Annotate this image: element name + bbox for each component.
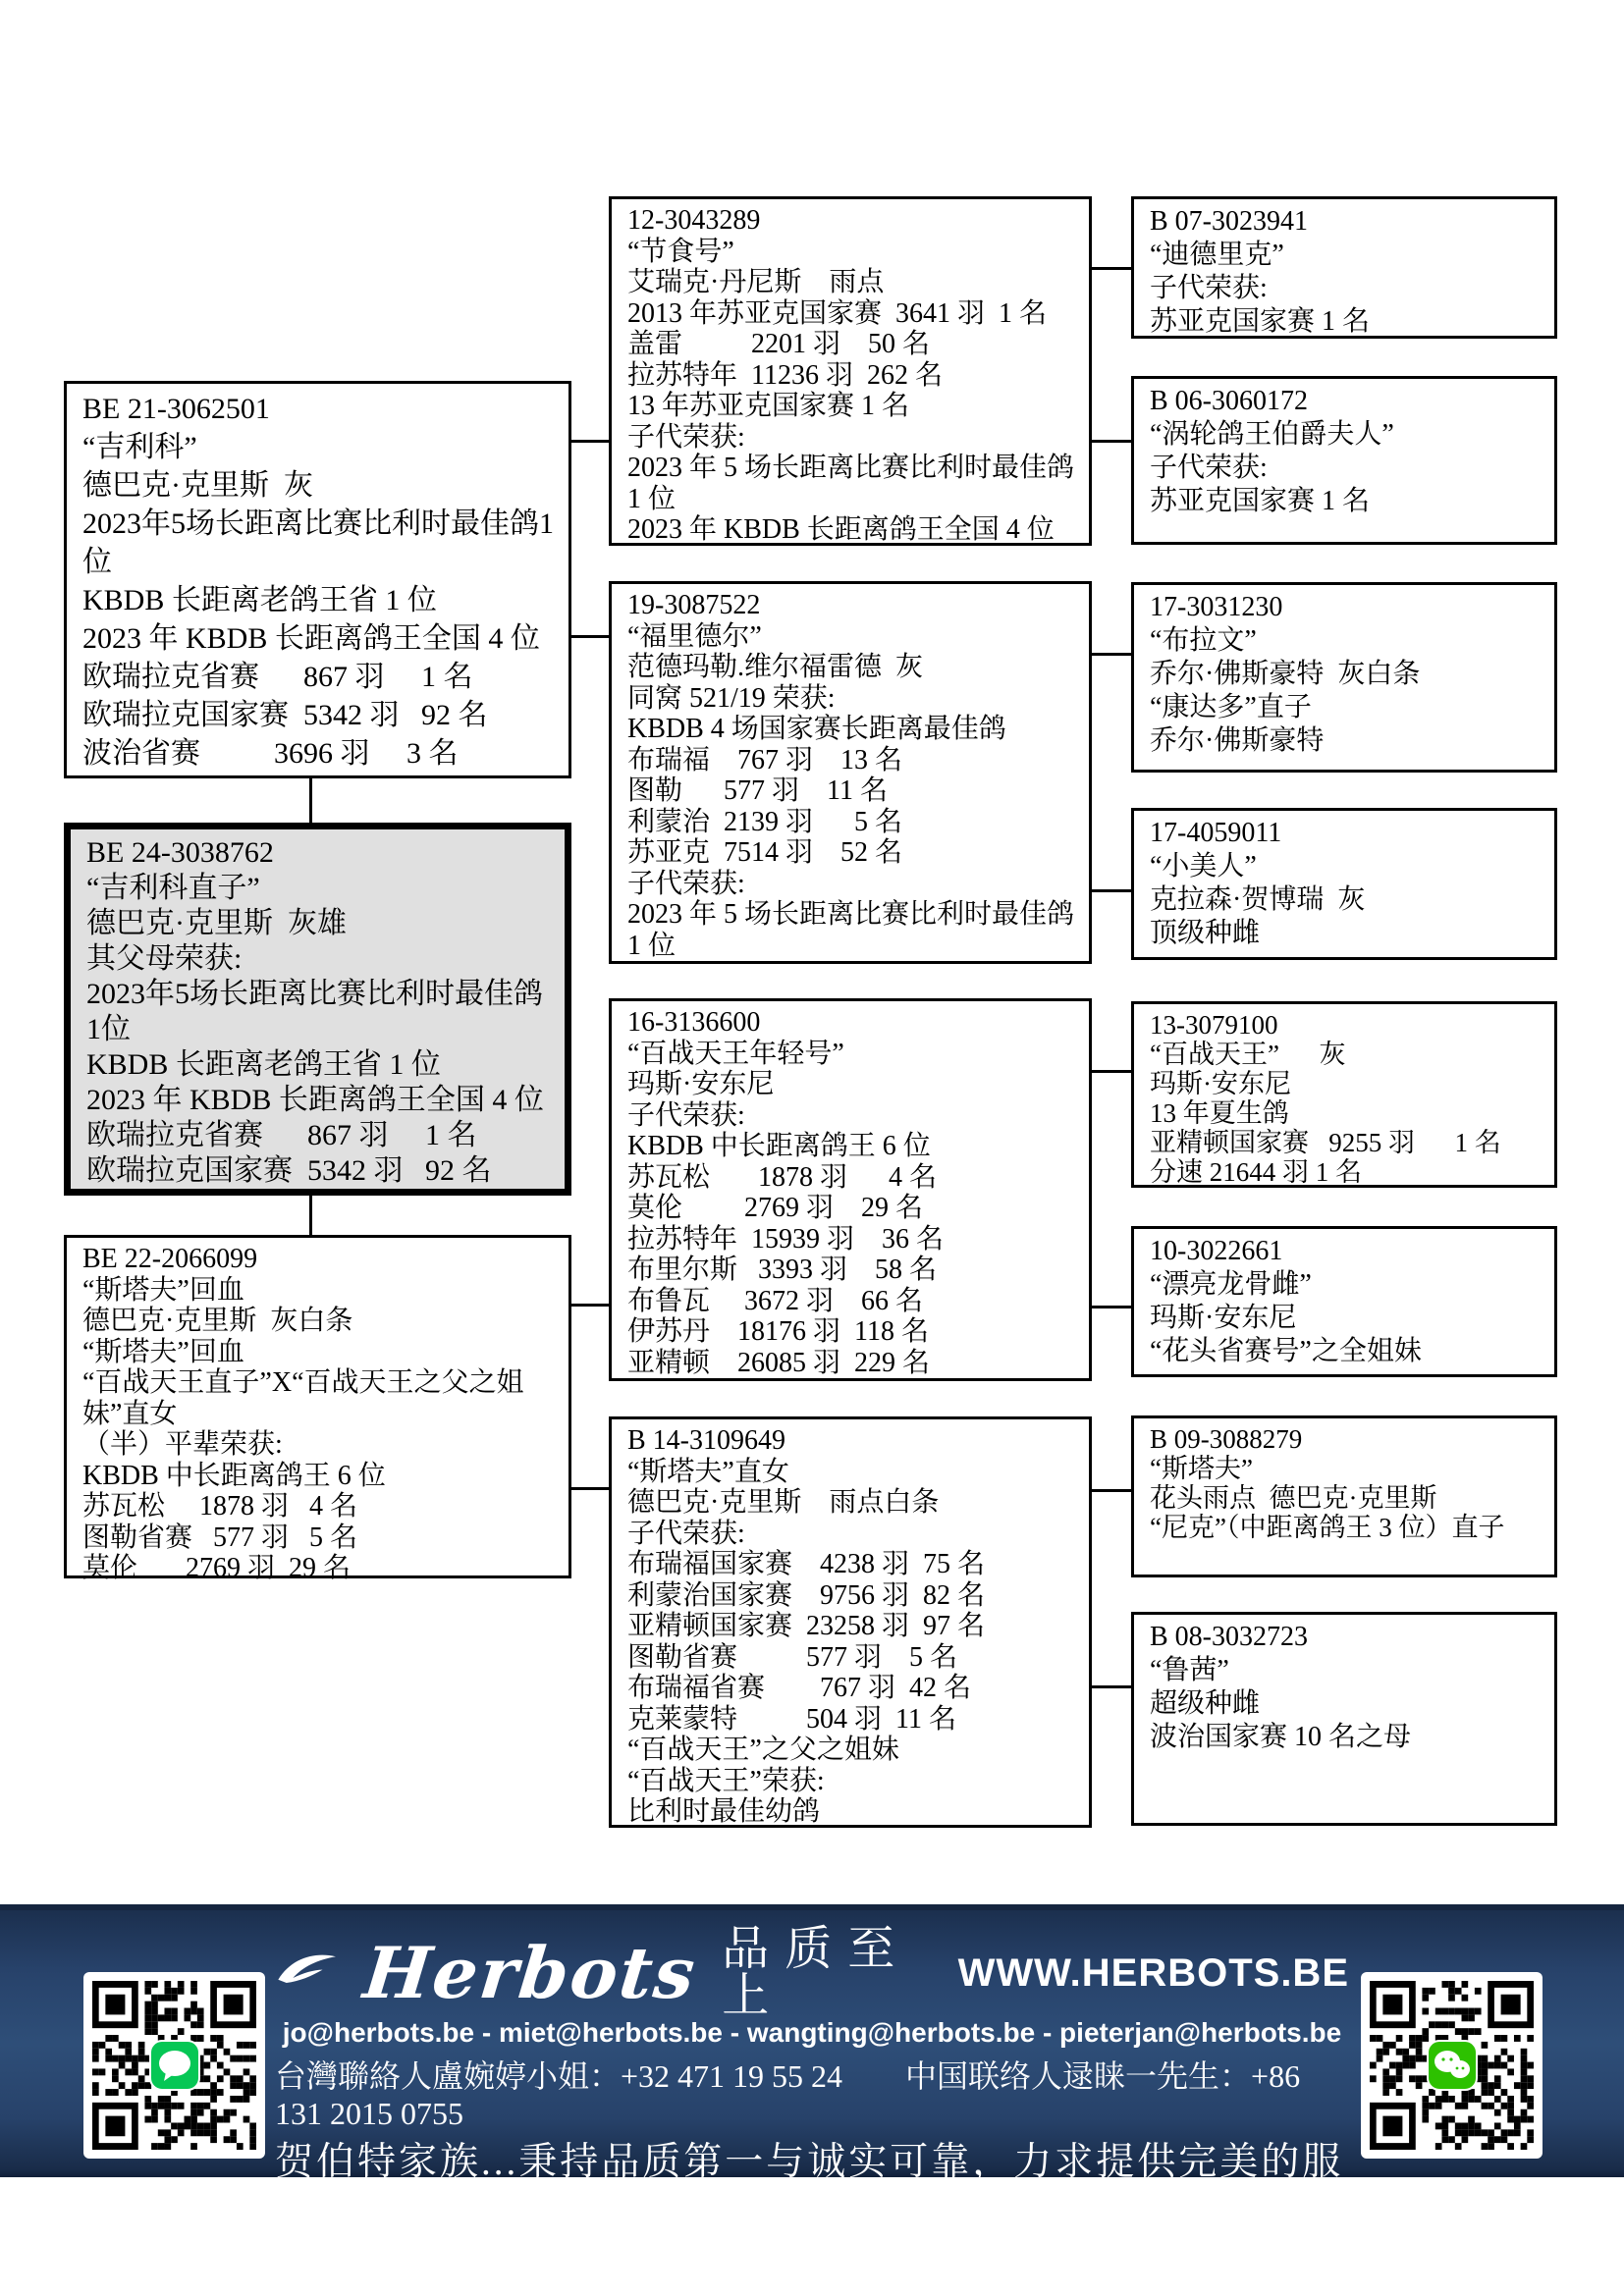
pedigree-box-12-3043289: 12-3043289“节食号”艾瑞克·丹尼斯 雨点2013 年苏亚克国家赛 36…	[609, 196, 1092, 546]
footer-text-block: Herbots 品质至上 WWW.HERBOTS.BE jo@herbots.b…	[275, 1910, 1349, 2177]
footer-banner: Herbots 品质至上 WWW.HERBOTS.BE jo@herbots.b…	[0, 1904, 1624, 2177]
brand-row: Herbots 品质至上 WWW.HERBOTS.BE	[275, 1932, 1349, 2014]
line-icon	[149, 2040, 200, 2091]
pedigree-connector	[1092, 1070, 1131, 1073]
pedigree-connector	[571, 1487, 609, 1490]
pedigree-box-be24-3038762-subject: BE 24-3038762“吉利科直子”德巴克·克里斯 灰雄其父母荣获:2023…	[64, 823, 571, 1196]
pedigree-connector	[571, 440, 609, 443]
pedigree-box-13-3079100: 13-3079100“百战天王” 灰玛斯·安东尼13 年夏生鸽亚精顿国家赛 92…	[1131, 1001, 1557, 1188]
pedigree-connector	[1092, 653, 1131, 656]
pedigree-connector	[1092, 1489, 1131, 1492]
pedigree-box-be22-2066099: BE 22-2066099“斯塔夫”回血德巴克·克里斯 灰白条“斯塔夫”回血“百…	[64, 1235, 571, 1578]
pedigree-connector	[1092, 1306, 1131, 1308]
herbots-logo: Herbots	[361, 1938, 701, 2008]
pedigree-box-16-3136600: 16-3136600“百战天王年轻号”玛斯·安东尼子代荣获:KBDB 中长距离鸽…	[609, 998, 1092, 1381]
pedigree-connector	[1092, 1685, 1131, 1688]
line-qr-code	[83, 1972, 265, 2159]
slogan-text: 品质至上	[722, 1926, 932, 2020]
website-url: WWW.HERBOTS.BE	[958, 1953, 1349, 1993]
pedigree-box-b07-3023941: B 07-3023941“迪德里克”子代荣获:苏亚克国家赛 1 名	[1131, 196, 1557, 339]
pedigree-connector	[1092, 440, 1131, 443]
email-line: jo@herbots.be - miet@herbots.be - wangti…	[283, 2016, 1341, 2050]
pedigree-connector	[309, 1196, 312, 1235]
wechat-icon	[1427, 2040, 1478, 2091]
pedigree-document: BE 21-3062501“吉利科”德巴克·克里斯 灰2023年5场长距离比赛比…	[0, 0, 1624, 2296]
pedigree-connector	[1092, 267, 1131, 270]
pedigree-connector	[571, 635, 609, 638]
pedigree-connector	[1092, 889, 1131, 892]
pedigree-box-b14-3109649: B 14-3109649“斯塔夫”直女德巴克·克里斯 雨点白条子代荣获:布瑞福国…	[609, 1416, 1092, 1828]
tagline-line: 贺伯特家族...秉持品质第一与诚实可靠，力求提供完美的服务!	[275, 2140, 1349, 2232]
pedigree-box-b06-3060172: B 06-3060172“涡轮鸽王伯爵夫人”子代荣获:苏亚克国家赛 1 名	[1131, 376, 1557, 545]
pedigree-box-17-3031230: 17-3031230“布拉文”乔尔·佛斯豪特 灰白条“康达多”直子乔尔·佛斯豪特	[1131, 582, 1557, 773]
pedigree-box-17-4059011: 17-4059011“小美人”克拉森·贺博瑞 灰顶级种雌	[1131, 808, 1557, 960]
pedigree-box-be21-3062501: BE 21-3062501“吉利科”德巴克·克里斯 灰2023年5场长距离比赛比…	[64, 381, 571, 778]
feather-icon	[275, 1944, 339, 2002]
pedigree-connector	[571, 1304, 609, 1307]
wechat-qr-code	[1361, 1972, 1543, 2159]
pedigree-box-19-3087522: 19-3087522“福里德尔”范德玛勒.维尔福雷德 灰同窝 521/19 荣获…	[609, 581, 1092, 964]
pedigree-box-10-3022661: 10-3022661“漂亮龙骨雌”玛斯·安东尼“花头省赛号”之全姐妹	[1131, 1226, 1557, 1377]
contact-line: 台灣聯絡人盧婉婷小姐：+32 471 19 55 24 中国联络人逯睐一先生：+…	[275, 2057, 1349, 2133]
pedigree-box-b09-3088279: B 09-3088279“斯塔夫”花头雨点 德巴克·克里斯“尼克”（中距离鸽王 …	[1131, 1415, 1557, 1577]
pedigree-connector	[309, 778, 312, 823]
pedigree-box-b08-3032723: B 08-3032723“鲁茜”超级种雌波治国家赛 10 名之母	[1131, 1612, 1557, 1826]
